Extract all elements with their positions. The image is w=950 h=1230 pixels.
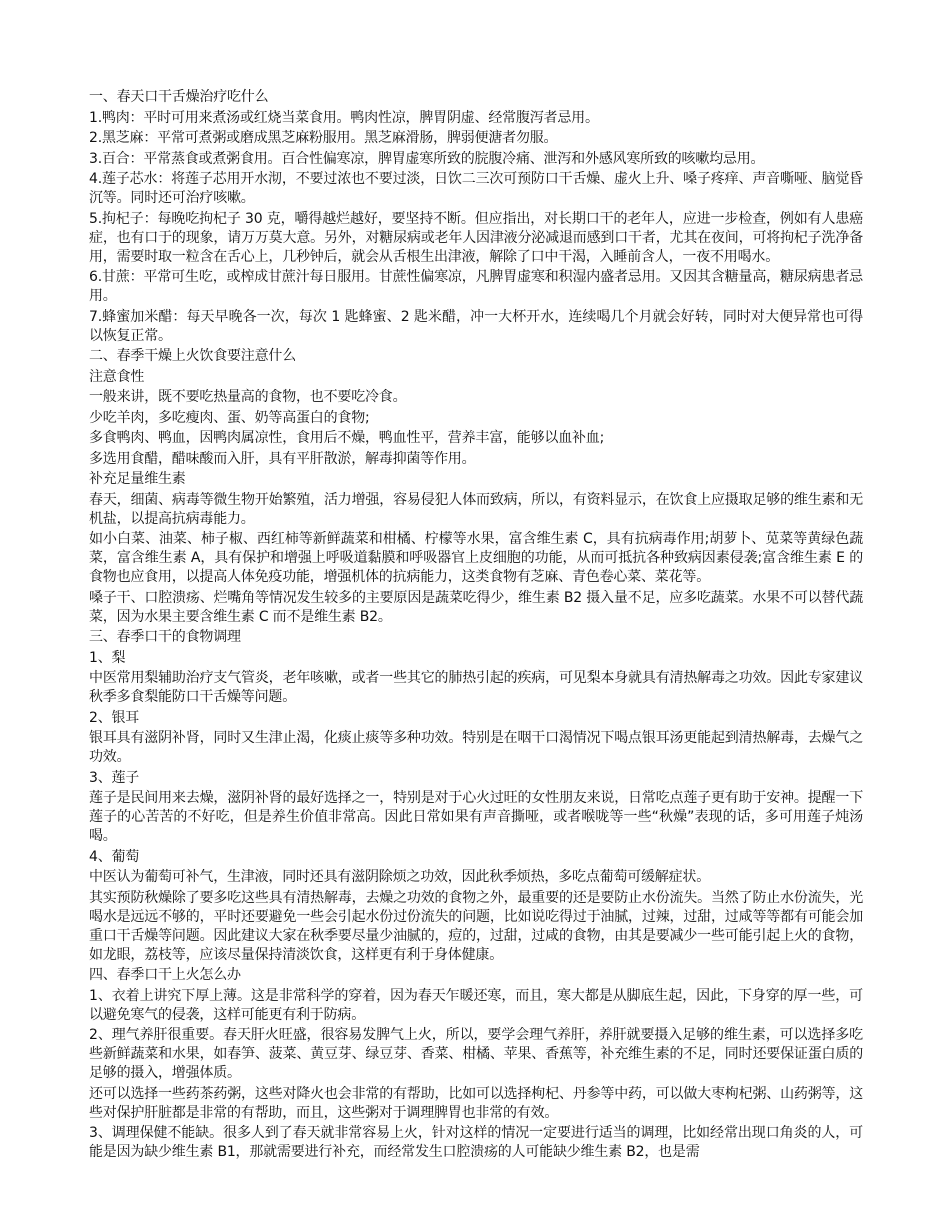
paragraph-clothing: 1、衣着上讲究下厚上薄。这是非常科学的穿着，因为春天乍暖还寒，而且，寒大都是从脚… xyxy=(89,987,863,1025)
paragraph-spring-bacteria: 春天，细菌、病毒等微生物开始繁殖，活力增强，容易侵犯人体而致病，所以，有资料显示… xyxy=(89,491,863,529)
subheading-pear: 1、梨 xyxy=(89,649,863,668)
document-page: 一、春天口干舌燥治疗吃什么 1.鸭肉：平时可用来煮汤或红烧当菜食用。鸭肉性凉，脾… xyxy=(89,88,863,1164)
paragraph-duck-blood: 多食鸭肉、鸭血，因鸭肉属凉性，食用后不燥，鸭血性平，营养丰富，能够以血补血; xyxy=(89,429,863,448)
paragraph-herbal-tea: 还可以选择一些药茶药粥，这些对降火也会非常的有帮助，比如可以选择枸杞、丹参等中药… xyxy=(89,1085,863,1123)
paragraph-black-sesame: 2.黑芝麻：平常可煮粥或磨成黑芝麻粉服用。黑芝麻滑肠，脾弱便溏者勿服。 xyxy=(89,129,863,148)
paragraph-liver: 2、理气养肝很重要。春天肝火旺盛，很容易发脾气上火，所以，要学会理气养肝，养肝就… xyxy=(89,1026,863,1083)
paragraph-lotus-heart-water: 4.莲子芯水：将莲子芯用开水沏，不要过浓也不要过淡，日饮二三次可预防口干舌燥、虚… xyxy=(89,170,863,208)
paragraph-duck: 1.鸭肉：平时可用来煮汤或红烧当菜食用。鸭肉性凉，脾胃阴虚、经常腹泻者忌用。 xyxy=(89,109,863,128)
paragraph-pear: 中医常用梨辅助治疗支气管炎，老年咳嗽，或者一些其它的肺热引起的疾病，可见梨本身就… xyxy=(89,669,863,707)
paragraph-health-care: 3、调理保健不能缺。很多人到了春天就非常容易上火，针对这样的情况一定要进行适当的… xyxy=(89,1124,863,1162)
subheading-lotus-seed: 3、莲子 xyxy=(89,769,863,788)
paragraph-vinegar: 多选用食醋，醋味酸而入肝，具有平肝散淤，解毒抑菌等作用。 xyxy=(89,450,863,469)
paragraph-lily: 3.百合：平常蒸食或煮粥食用。百合性偏寒凉，脾胃虚寒所致的脘腹冷痛、泄泻和外感风… xyxy=(89,150,863,169)
paragraph-lamb: 少吃羊肉，多吃瘦肉、蛋、奶等高蛋白的食物; xyxy=(89,409,863,428)
paragraph-prevent-dryness: 其实预防秋燥除了要多吃这些具有清热解毒，去燥之功效的食物之外，最重要的还是要防止… xyxy=(89,889,863,965)
section-heading-1: 一、春天口干舌燥治疗吃什么 xyxy=(89,88,863,107)
paragraph-lotus-seed: 莲子是民间用来去燥，滋阴补肾的最好选择之一，特别是对于心火过旺的女性朋友来说，日… xyxy=(89,789,863,846)
paragraph-honey-vinegar: 7.蜂蜜加米醋：每天早晚各一次，每次 1 匙蜂蜜、2 匙米醋，冲一大杯开水，连续… xyxy=(89,308,863,346)
paragraph-goji: 5.拘杞子：每晚吃拘杞子 30 克，嚼得越烂越好，要坚持不断。但应指出，对长期口… xyxy=(89,210,863,267)
paragraph-tremella: 银耳具有滋阴补肾，同时又生津止渴，化痰止痰等多种功效。特别是在咽干口渴情况下喝点… xyxy=(89,729,863,767)
subheading-tremella: 2、银耳 xyxy=(89,709,863,728)
subheading-food-nature: 注意食性 xyxy=(89,368,863,387)
subheading-vitamins: 补充足量维生素 xyxy=(89,470,863,489)
paragraph-vegetables: 如小白菜、油菜、柿子椒、西红柿等新鲜蔬菜和柑橘、柠檬等水果，富含维生素 C，具有… xyxy=(89,530,863,587)
section-heading-4: 四、春季口干上火怎么办 xyxy=(89,966,863,985)
section-heading-2: 二、春季干燥上火饮食要注意什么 xyxy=(89,347,863,366)
paragraph-grape: 中医认为葡萄可补气，生津液，同时还具有滋阴除烦之功效，因此秋季烦热，多吃点葡萄可… xyxy=(89,868,863,887)
subheading-grape: 4、葡萄 xyxy=(89,848,863,867)
paragraph-general: 一般来讲，既不要吃热量高的食物，也不要吃冷食。 xyxy=(89,388,863,407)
section-heading-3: 三、春季口干的食物调理 xyxy=(89,628,863,647)
paragraph-sugarcane: 6.甘蔗：平常可生吃，或榨成甘蔗汁每日服用。甘蔗性偏寒凉，凡脾胃虚寒和积湿内盛者… xyxy=(89,268,863,306)
paragraph-b2: 嗓子干、口腔溃疡、烂嘴角等情况发生较多的主要原因是蔬菜吃得少，维生素 B2 摄入… xyxy=(89,589,863,627)
